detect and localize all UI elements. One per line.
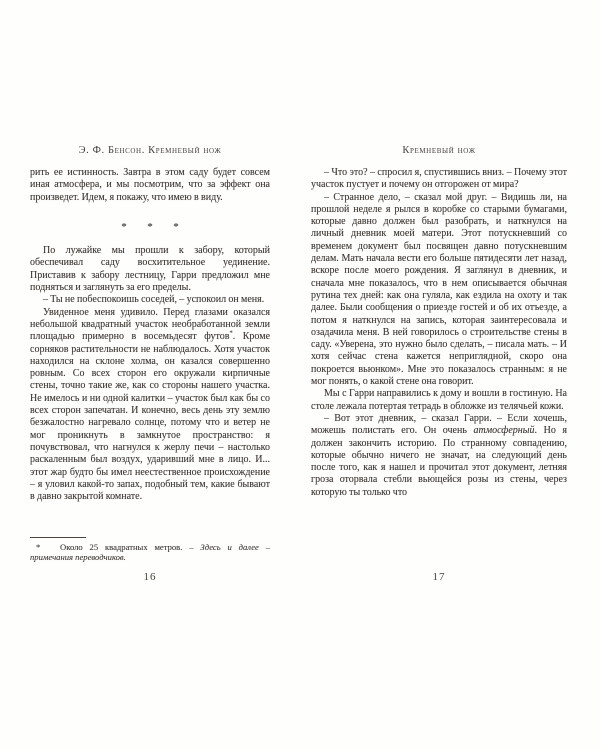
right-page-body: – Что это? – спросил я, спустившись вниз… (311, 167, 567, 499)
text-run: Мы с Гарри направились к дому и вошли в … (311, 388, 567, 411)
text-run: Около 25 квадратных метров. – (60, 542, 200, 552)
paragraph: – Вот этот дневник, – сказал Гарри. – Ес… (311, 413, 567, 499)
paragraph: Увиденное меня удивило. Перед глазами ок… (30, 307, 270, 504)
paragraph: По лужайке мы прошли к забору, который о… (30, 245, 270, 294)
text-run: – Странное дело, – сказал мой друг. – Ви… (311, 192, 567, 387)
paragraph: – Странное дело, – сказал мой друг. – Ви… (311, 192, 567, 389)
paragraph: Мы с Гарри направились к дому и вошли в … (311, 388, 567, 413)
right-page: Кремневый нож – Что это? – спросил я, сп… (311, 145, 567, 600)
text-run: – Что это? – спросил я, спустившись вниз… (311, 167, 567, 190)
section-separator: * * * (30, 221, 270, 233)
text-run: . Кроме сорняков растительности не наблю… (30, 331, 270, 502)
paragraph: – Что это? – спросил я, спустившись вниз… (311, 167, 567, 192)
text-run: – Ты не побеспокоишь соседей, – успокоил… (43, 294, 264, 305)
paragraph: – Ты не побеспокоишь соседей, – успокоил… (30, 294, 270, 306)
text-run: рить ее истинность. Завтра в этом саду б… (30, 167, 270, 203)
text-run: атмосферный (473, 425, 534, 436)
footnote-text: *Около 25 квадратных метров. – Здесь и д… (30, 542, 270, 563)
paragraph: рить ее истинность. Завтра в этом саду б… (30, 167, 270, 204)
left-page-body: рить ее истинность. Завтра в этом саду б… (30, 167, 270, 503)
left-footnote-block: *Около 25 квадратных метров. – Здесь и д… (30, 537, 270, 563)
footnote-marker: * (30, 542, 60, 552)
footnote-separator-rule (30, 537, 86, 538)
right-running-header: Кремневый нож (311, 145, 567, 156)
book-scan: { "book": { "left_page": { "running_head… (0, 0, 600, 750)
text-run: По лужайке мы прошли к забору, который о… (30, 245, 270, 293)
right-page-number: 17 (311, 571, 567, 583)
left-running-header: Э. Ф. Бенсон. Кремневый нож (30, 145, 270, 156)
left-page-number: 16 (30, 571, 270, 583)
left-page: Э. Ф. Бенсон. Кремневый нож рить ее исти… (30, 145, 270, 600)
